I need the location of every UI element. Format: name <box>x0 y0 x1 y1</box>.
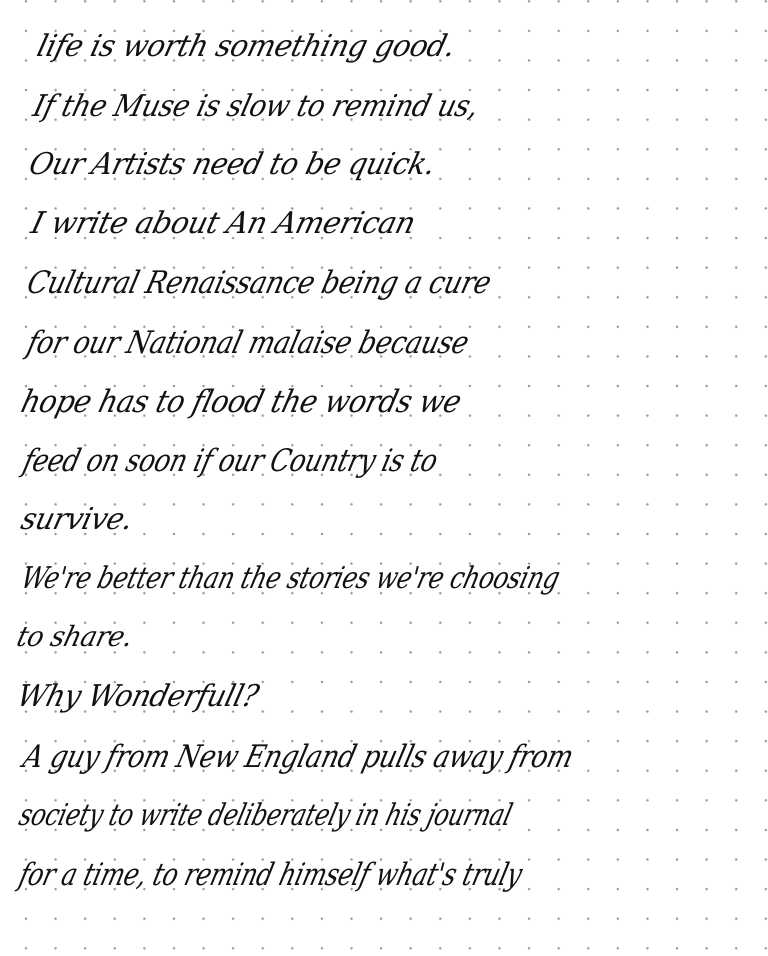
text-line: hope has to flood the words we <box>18 387 464 418</box>
text-line: for our National malaise because <box>24 328 472 359</box>
text-line: to share. <box>14 623 135 651</box>
text-line: society to write deliberately in his jou… <box>16 801 515 831</box>
text-line: Cultural Renaissance being a cure <box>24 268 494 299</box>
text-line: I write about An American <box>28 209 418 239</box>
text-line: We're better than the stories we're choo… <box>18 564 562 594</box>
text-line: feed on soon if our Country is to <box>20 446 440 477</box>
text-line: If the Muse is slow to remind us, <box>30 92 481 122</box>
text-line: A guy from New England pulls away from <box>20 742 576 773</box>
text-line: Our Artists need to be quick. <box>26 150 438 180</box>
text-line: life is worth something good. <box>34 32 458 62</box>
text-line: for a time, to remind himself what's tru… <box>16 860 525 891</box>
text-line: Why Wonderfull? <box>14 682 261 712</box>
text-line: survive. <box>18 505 136 535</box>
dot-grid-page: life is worth something good. If the Mus… <box>0 0 768 956</box>
handwritten-text: life is worth something good. If the Mus… <box>0 0 768 956</box>
